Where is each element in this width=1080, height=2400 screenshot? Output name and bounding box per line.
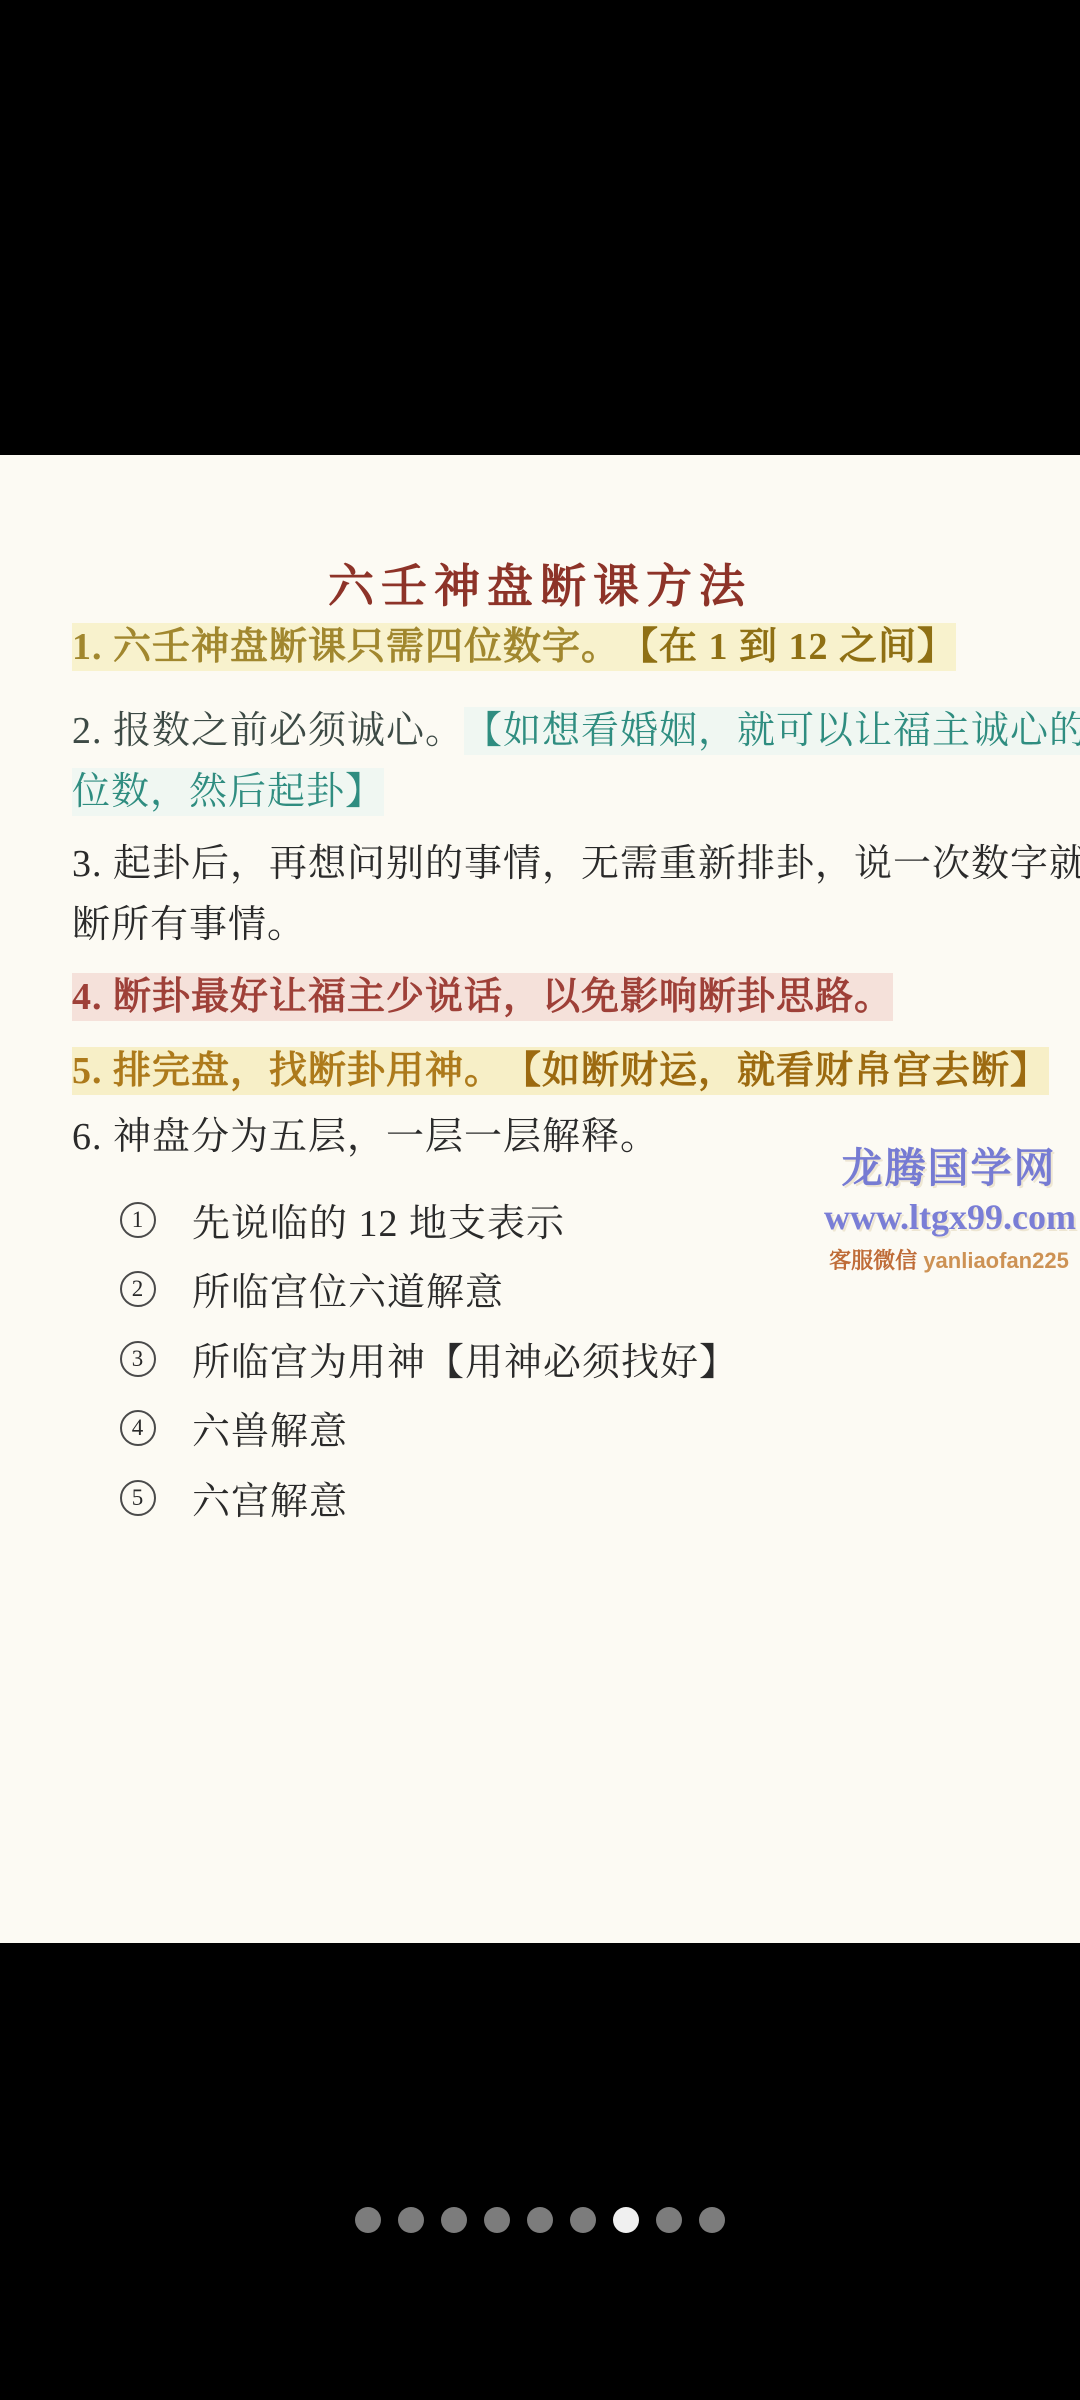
rule-5-bracket-note: 【如断财运，就看财帛宫去断】 [503, 1047, 1049, 1095]
list-item-text: 六兽解意 [192, 1400, 348, 1455]
list-item-text: 六宫解意 [192, 1470, 348, 1525]
page-indicator [0, 2207, 1080, 2233]
rule-2-text: 2. 报数之前必须诚心。 [72, 707, 464, 755]
circled-number-icon: 3 [120, 1341, 156, 1377]
rule-6: 6. 神盘分为五层，一层一层解释。 [72, 1113, 659, 1161]
rule-1-bracket-note: 【在 1 到 12 之间】 [620, 623, 956, 671]
rule-5: 5. 排完盘，找断卦用神。【如断财运，就看财帛宫去断】 [72, 1047, 1049, 1095]
pager-dot-active[interactable] [613, 2207, 639, 2233]
pager-dot[interactable] [570, 2207, 596, 2233]
circled-number-icon: 5 [120, 1480, 156, 1516]
rule-4: 4. 断卦最好让福主少说话，以免影响断卦思路。 [72, 973, 893, 1021]
rule-3-text-part1: 3. 起卦后，再想问别的事情，无需重新排卦，说一次数字就可以 [72, 840, 1080, 888]
rule-6-text: 6. 神盘分为五层，一层一层解释。 [72, 1113, 659, 1161]
rule-2-bracket-note-part2: 位数，然后起卦】 [72, 768, 384, 816]
rule-5-text: 5. 排完盘，找断卦用神。 [72, 1047, 503, 1095]
pager-dot[interactable] [355, 2207, 381, 2233]
watermark-contact-label: 客服微信 [829, 1248, 917, 1273]
document-title: 六壬神盘断课方法 [0, 550, 1080, 616]
rule-3-line-1: 3. 起卦后，再想问别的事情，无需重新排卦，说一次数字就可以 [72, 840, 1080, 888]
rule-2-line-2: 位数，然后起卦】 [72, 768, 384, 816]
list-item: 1 先说临的 12 地支表示 [120, 1192, 565, 1247]
rule-3-text-part2: 断所有事情。 [72, 901, 306, 949]
pager-dot[interactable] [441, 2207, 467, 2233]
pager-dot[interactable] [527, 2207, 553, 2233]
list-item: 5 六宫解意 [120, 1470, 348, 1525]
circled-number-icon: 4 [120, 1410, 156, 1446]
watermark-contact-id: yanliaofan225 [923, 1248, 1069, 1273]
watermark-contact: 客服微信 yanliaofan225 [824, 1244, 1074, 1275]
list-item: 3 所临宫为用神【用神必须找好】 [120, 1331, 738, 1386]
watermark: 龙腾国学网 www.ltgx99.com 客服微信 yanliaofan225 [824, 1135, 1074, 1275]
pager-dot[interactable] [699, 2207, 725, 2233]
rule-4-text: 4. 断卦最好让福主少说话，以免影响断卦思路。 [72, 973, 893, 1021]
image-viewer-screen: 六壬神盘断课方法 1. 六壬神盘断课只需四位数字。【在 1 到 12 之间】 2… [0, 0, 1080, 2400]
rule-3-line-2: 断所有事情。 [72, 901, 306, 949]
list-item-text: 先说临的 12 地支表示 [192, 1192, 565, 1247]
list-item: 2 所临宫位六道解意 [120, 1261, 504, 1316]
pager-dot[interactable] [656, 2207, 682, 2233]
watermark-site-url: www.ltgx99.com [824, 1196, 1074, 1238]
document-page: 六壬神盘断课方法 1. 六壬神盘断课只需四位数字。【在 1 到 12 之间】 2… [0, 455, 1080, 1943]
rule-2-bracket-note-part1: 【如想看婚姻，就可以让福主诚心的报四 [464, 707, 1080, 755]
rule-2-line-1: 2. 报数之前必须诚心。【如想看婚姻，就可以让福主诚心的报四 [72, 707, 1080, 755]
pager-dot[interactable] [484, 2207, 510, 2233]
list-item: 4 六兽解意 [120, 1400, 348, 1455]
rule-1: 1. 六壬神盘断课只需四位数字。【在 1 到 12 之间】 [72, 623, 956, 671]
circled-number-icon: 2 [120, 1271, 156, 1307]
rule-1-text: 1. 六壬神盘断课只需四位数字。 [72, 623, 620, 671]
circled-number-icon: 1 [120, 1202, 156, 1238]
pager-dot[interactable] [398, 2207, 424, 2233]
list-item-text: 所临宫位六道解意 [192, 1261, 504, 1316]
watermark-site-name: 龙腾国学网 [824, 1135, 1074, 1194]
list-item-text: 所临宫为用神【用神必须找好】 [192, 1331, 738, 1386]
